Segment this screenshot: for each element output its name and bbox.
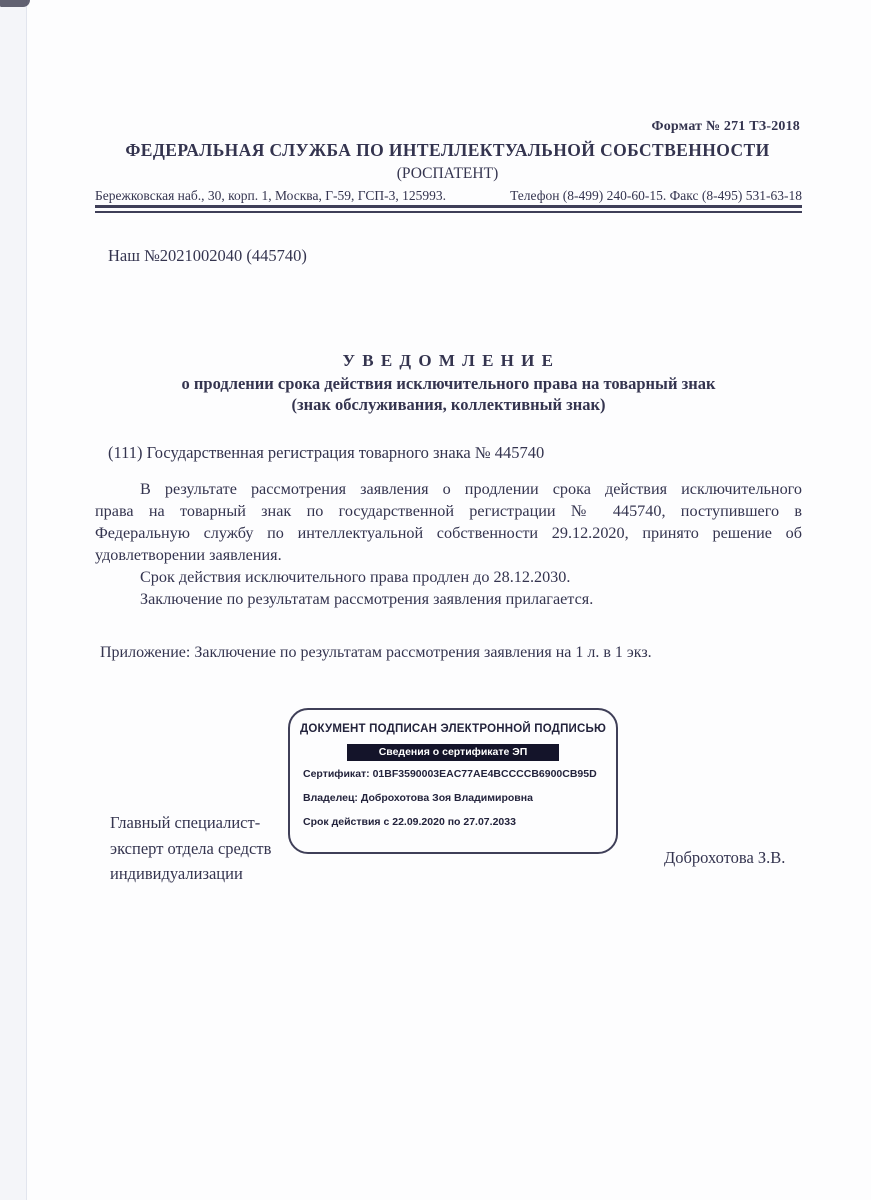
document-subtitle-2: (знак обслуживания, коллективный знак) <box>95 395 802 415</box>
signer-position-line: Главный специалист- <box>110 810 271 836</box>
signer-position-line: индивидуализации <box>110 861 271 887</box>
paragraph-line: права на товарный знак по государственно… <box>95 500 802 522</box>
extension-term-line: Срок действия исключительного права прод… <box>95 566 802 588</box>
format-label: Формат № 271 ТЗ-2018 <box>651 119 800 135</box>
organization-short-name: (РОСПАТЕНТ) <box>83 165 812 183</box>
scan-edge-artifact <box>0 0 27 1200</box>
signer-name: Доброхотова З.В. <box>664 848 785 868</box>
body-text: В результате рассмотрения заявления о пр… <box>95 478 802 610</box>
certificate-validity: Срок действия с 22.09.2020 по 27.07.2033 <box>303 816 608 828</box>
document-title: У В Е Д О М Л Е Н И Е <box>95 351 802 371</box>
paragraph-line: удовлетворении заявления. <box>95 544 802 566</box>
phone-fax: Телефон (8-499) 240-60-15. Факс (8-495) … <box>510 188 802 204</box>
conclusion-line: Заключение по результатам рассмотрения з… <box>95 588 802 610</box>
document-subtitle-1: о продлении срока действия исключительно… <box>95 374 802 394</box>
signer-position-line: эксперт отдела средств <box>110 836 271 862</box>
paragraph-line: В результате рассмотрения заявления о пр… <box>95 478 802 500</box>
paragraph-line: Федеральную службу по интеллектуальной с… <box>95 522 802 544</box>
reference-number: Наш №2021002040 (445740) <box>108 246 307 266</box>
postal-address: Бережковская наб., 30, корп. 1, Москва, … <box>95 188 446 204</box>
scan-corner-artifact <box>0 0 30 7</box>
e-signature-stamp: ДОКУМЕНТ ПОДПИСАН ЭЛЕКТРОННОЙ ПОДПИСЬЮ С… <box>288 708 618 854</box>
certificate-number: Сертификат: 01BF3590003EAC77AE4BCCCCB690… <box>303 768 608 780</box>
certificate-info-label: Сведения о сертификате ЭП <box>347 744 559 761</box>
attachment-line: Приложение: Заключение по результатам ра… <box>100 644 652 662</box>
registration-line: (111) Государственная регистрация товарн… <box>108 443 544 463</box>
document-page: Формат № 271 ТЗ-2018 ФЕДЕРАЛЬНАЯ СЛУЖБА … <box>0 0 871 1200</box>
organization-name: ФЕДЕРАЛЬНАЯ СЛУЖБА ПО ИНТЕЛЛЕКТУАЛЬНОЙ С… <box>83 140 812 161</box>
contact-row: Бережковская наб., 30, корп. 1, Москва, … <box>95 188 802 204</box>
signer-position: Главный специалист- эксперт отдела средс… <box>110 810 271 887</box>
certificate-owner: Владелец: Доброхотова Зоя Владимировна <box>303 792 608 804</box>
header-divider <box>95 205 802 213</box>
stamp-title: ДОКУМЕНТ ПОДПИСАН ЭЛЕКТРОННОЙ ПОДПИСЬЮ <box>290 723 616 735</box>
